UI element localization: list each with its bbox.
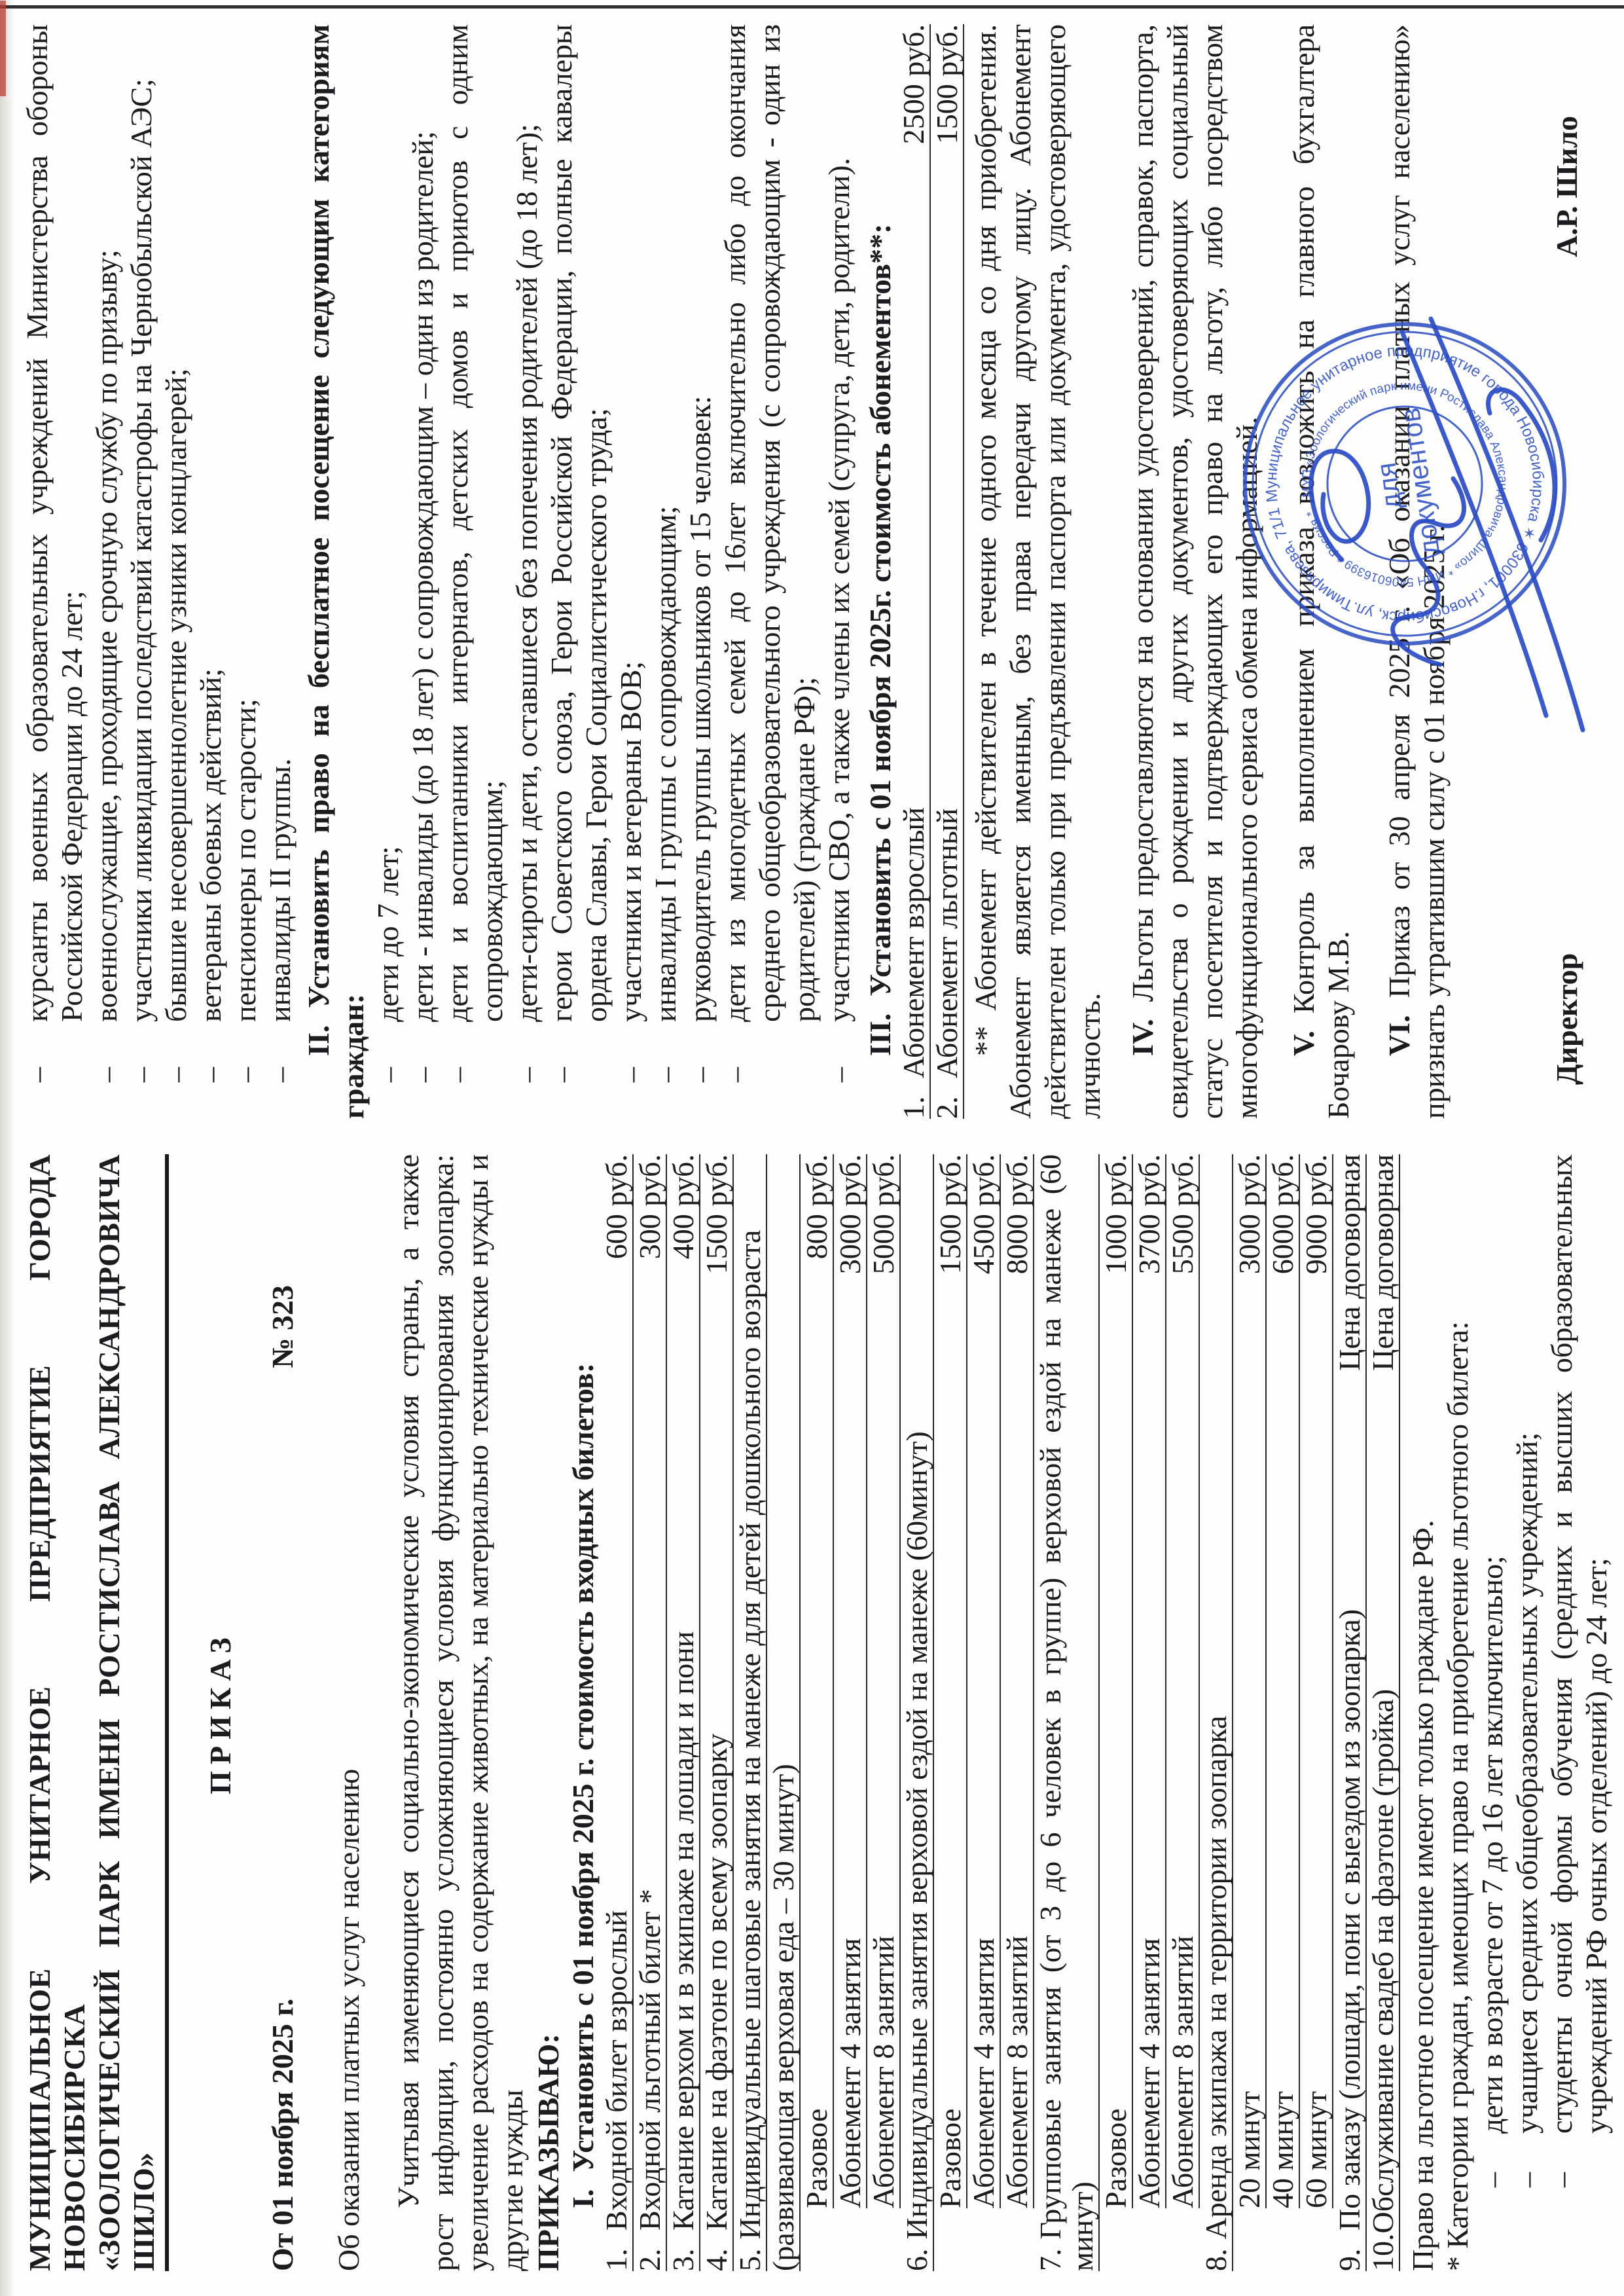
price-row: Абонемент 8 занятий5500 руб. [1166, 1154, 1200, 2208]
price-item-number: 2. [634, 2231, 666, 2271]
signature-loops-mid [1393, 479, 1464, 665]
benefit-item-text: пенсионеры по старости; [228, 699, 262, 1022]
benefit-item-text: участники и ветераны ВОВ; [614, 661, 647, 1022]
price-row: 3.Катание верхом и в экипаже на лошади и… [667, 1154, 700, 2271]
director-label: Директор [1549, 953, 1584, 1085]
bullet-dash: – [20, 1067, 54, 1082]
section-number: VI. [1382, 1015, 1416, 1056]
price-item-number: 7. [1034, 2240, 1067, 2272]
benefit-item: –герои Советского союза, Герои Российско… [544, 24, 613, 1119]
benefit-item: –дети из многодетных семей до 16лет вклю… [717, 24, 821, 1119]
price-value: 4500 руб. [967, 1154, 1000, 1290]
price-item-heading: 6.Индивидуальные занятия верховой ездой … [901, 1154, 934, 2271]
price-item-label: Разовое [1100, 2109, 1132, 2208]
benefit-item-text: участники ликвидации последствий катастр… [124, 79, 158, 1022]
price-item-label: Индивидуальные шаговые занятия на манеже… [733, 1230, 767, 2240]
bullet-dash: – [717, 1067, 752, 1082]
price-row: 1.Входной билет взрослый600 руб. [600, 1154, 634, 2271]
benefit-item-text: руководитель группы школьников от 15 чел… [683, 395, 717, 1022]
price-item-label: По заказу (лошади, пони с выездом из зоо… [1333, 1609, 1365, 2231]
bullet-dash: – [683, 1067, 717, 1082]
section-2-number: II. [302, 1025, 335, 1056]
price-row: Разовое800 руб. [801, 1154, 834, 2208]
benefit-item: –дети-сироты и дети, оставшиеся без попе… [509, 24, 544, 1119]
signature-tail [1489, 390, 1555, 540]
price-item-heading: (развивающая верховая еда – 30 минут) [767, 1154, 801, 2271]
benefit-item: –дети в возрасте от 7 до 16 лет включите… [1475, 1154, 1509, 2271]
price-row: 9.По заказу (лошади, пони с выездом из з… [1333, 1154, 1367, 2271]
bullet-dash: – [613, 1067, 648, 1082]
document-type: ПРИКАЗ [203, 1154, 238, 2271]
benefit-item: –дети - инвалиды (до 18 лет) с сопровожд… [405, 24, 440, 1119]
benefit-item-text: инвалиды I группы с сопровождающим; [649, 506, 682, 1022]
price-item-label: Абонемент 4 занятия [834, 1938, 866, 2208]
benefit-item: –инвалиды I группы с сопровождающим; [648, 24, 683, 1119]
price-item-label: Индивидуальные занятия верховой ездой на… [900, 1431, 933, 2239]
benefit-item: –студенты очной формы обучения (средних … [1544, 1154, 1614, 2271]
bullet-dash: – [509, 1067, 544, 1082]
benefit-item-text: дети - инвалиды (до 18 лет) с сопровожда… [406, 131, 439, 1022]
benefit-item: –военнослужащие, проходящие срочную служ… [89, 24, 124, 1119]
benefit-item: –бывшие несовершеннолетние узники концла… [158, 24, 193, 1119]
price-value: 600 руб. [600, 1154, 632, 1275]
director-name: А.Р. Шило [1549, 116, 1584, 257]
price-row: Разовое1500 руб. [934, 1154, 967, 2208]
benefit-item-text: герои Советского союза, Герои Российской… [545, 24, 613, 1022]
benefit-item-text: дети до 7 лет; [371, 846, 405, 1022]
price-item-number: 4. [700, 2231, 732, 2271]
price-value: 1000 руб. [1100, 1154, 1132, 1290]
benefit-item-text: курсанты военных образовательных учрежде… [20, 24, 88, 1022]
benefit-item: –ветераны боевых действий; [193, 24, 228, 1119]
price-item-label: Абонемент 8 занятий [867, 1936, 899, 2208]
free-admission-list: –дети до 7 лет;–дети - инвалиды (до 18 л… [370, 24, 856, 1119]
section-number: IV. [1126, 1019, 1159, 1056]
benefit-item: –руководитель группы школьников от 15 че… [683, 24, 717, 1119]
price-item-label: Входной билет взрослый [600, 1910, 632, 2231]
benefit-categories-list-part1: –дети в возрасте от 7 до 16 лет включите… [1475, 1154, 1614, 2271]
benefit-item: –учащиеся средних общеобразовательных уч… [1509, 1154, 1544, 2271]
benefit-item-text: инвалиды II группы. [263, 758, 297, 1022]
benefit-item-text: дети и воспитанники интернатов, детских … [441, 24, 509, 1022]
price-item-number: 2. [931, 1078, 963, 1119]
bullet-dash: – [89, 1067, 124, 1082]
column-page-1: МУНИЦИПАЛЬНОЕ УНИТАРНОЕ ПРЕДПРИЯТИЕ ГОРО… [22, 1154, 1614, 2271]
price-value: 6000 руб. [1267, 1154, 1299, 1290]
ticket-price-list: 1.Входной билет взрослый600 руб.2.Входно… [600, 1154, 1400, 2271]
bullet-dash: – [370, 1067, 405, 1082]
bullet-dash: – [648, 1067, 683, 1082]
price-item-number: 3. [667, 2231, 699, 2271]
bullet-dash: – [821, 1067, 856, 1082]
price-item-label: Катание верхом и в экипаже на лошади и п… [667, 1631, 699, 2231]
price-item-number: 5. [733, 2240, 767, 2272]
benefit-item-text: ветераны боевых действий; [194, 668, 227, 1022]
price-row: 40 минут6000 руб. [1267, 1154, 1300, 2208]
bullet-dash: – [544, 1067, 579, 1082]
benefit-item: –пенсионеры по старости; [228, 24, 262, 1119]
section-number: V. [1287, 1030, 1320, 1056]
price-row: Абонемент 4 занятия3700 руб. [1133, 1154, 1166, 2208]
price-item-label: Абонемент 4 занятия [967, 1938, 1000, 2208]
scan-edge-shadow-top [0, 0, 14, 2296]
price-value: Цена договорная [1367, 1154, 1399, 1387]
price-row: 60 минут9000 руб. [1300, 1154, 1333, 2208]
price-item-number: 1. [600, 2231, 632, 2271]
price-item-label: 40 минут [1267, 2091, 1299, 2208]
price-row: Абонемент 8 занятий5000 руб. [867, 1154, 901, 2208]
benefit-item-text: учащиеся средних общеобразовательных учр… [1510, 1432, 1543, 2134]
price-item-label: 60 минут [1300, 2091, 1332, 2208]
price-item-label: Входной льготный билет * [634, 1889, 666, 2231]
order-subject: Об оказании платных услуг населению [331, 1154, 366, 2271]
price-value: 800 руб. [801, 1154, 833, 1275]
price-item-label: Абонемент 4 занятия [1133, 1938, 1165, 2208]
price-value: 1500 руб. [700, 1154, 732, 1290]
price-value: 9000 руб. [1300, 1154, 1332, 1290]
price-row: 2.Абонемент льготный1500 руб. [931, 24, 964, 1119]
bullet-dash: – [124, 1067, 158, 1082]
preamble-paragraph: Учитывая изменяющиеся социально-экономич… [391, 1154, 530, 2271]
price-row: Абонемент 4 занятия4500 руб. [967, 1154, 1001, 2208]
scan-artifact-red-streak [0, 1, 6, 96]
price-value: 5500 руб. [1166, 1154, 1199, 1290]
price-item-label: Катание на фаэтоне по всему зоопарку [700, 1734, 732, 2231]
bullet-dash: – [1544, 2172, 1579, 2187]
price-value: 400 руб. [667, 1154, 699, 1275]
price-item-label: Аренда экипажа на территории зоопарка [1199, 1716, 1233, 2240]
section-1-heading: I.Установить с 01 ноября 2025 г. стоимос… [566, 1154, 600, 2271]
price-value: 1500 руб. [934, 1154, 966, 1290]
price-value: 1500 руб. [931, 24, 963, 160]
section-3-heading: III.Установить с 01 ноября 2025г. стоимо… [863, 24, 897, 1119]
bullet-dash: – [262, 1067, 297, 1082]
bullet-dash: – [405, 1067, 440, 1082]
benefit-item-text: военнослужащие, проходящие срочную служб… [90, 249, 123, 1022]
price-item-number: 8. [1199, 2240, 1233, 2272]
benefit-item: –участники ликвидации последствий катаст… [124, 24, 158, 1119]
note-citizens-rf: Право на льготное посещение имеют только… [1405, 1154, 1440, 2271]
price-row: 2.Входной льготный билет *300 руб. [634, 1154, 667, 2271]
price-item-heading: 5.Индивидуальные шаговые занятия на мане… [734, 1154, 767, 2271]
signature-loop-top [1311, 451, 1369, 560]
price-value: 5000 руб. [867, 1154, 899, 1290]
price-row: 4.Катание на фаэтоне по всему зоопарку15… [700, 1154, 734, 2271]
benefit-item-text: дети-сироты и дети, оставшиеся без попеч… [510, 124, 543, 1022]
bullet-dash: – [158, 1067, 193, 1082]
price-item-heading: 8.Аренда экипажа на территории зоопарка [1200, 1154, 1233, 2271]
abonement-note: ** Абонемент действителен в течение одно… [968, 24, 1107, 1119]
benefit-item: –дети до 7 лет; [370, 24, 405, 1119]
benefit-item: –дети и воспитанники интернатов, детских… [440, 24, 509, 1119]
section-1-number: I. [566, 2189, 600, 2208]
date-number-row: От 01 ноября 2025 г. № 323 [265, 1154, 300, 2271]
order-date: От 01 ноября 2025 г. [265, 1998, 300, 2271]
price-item-heading: 7.Групповые занятия (от 3 до 6 человек в… [1034, 1154, 1100, 2271]
bullet-dash: – [1475, 2172, 1509, 2187]
price-value: 300 руб. [634, 1154, 666, 1275]
note-benefit-categories: * Категории граждан, имеющих право на пр… [1440, 1154, 1475, 2271]
bullet-dash: – [440, 1067, 475, 1082]
resolve-word: ПРИКАЗЫВАЮ: [531, 1154, 566, 2271]
price-value: 3000 руб. [1233, 1154, 1265, 1290]
section-2-heading: II.Установить право на бесплатное посеще… [301, 24, 370, 1119]
benefit-categories-list-part2: –курсанты военных образовательных учрежд… [20, 24, 297, 1119]
section-3-number: III. [863, 1013, 897, 1056]
order-page: МУНИЦИПАЛЬНОЕ УНИТАРНОЕ ПРЕДПРИЯТИЕ ГОРО… [0, 0, 1624, 2296]
benefit-item: –участники и ветераны ВОВ; [613, 24, 648, 1119]
org-name-line2: «ЗООЛОГИЧЕСКИЙ ПАРК ИМЕНИ РОСТИСЛАВА АЛЕ… [92, 1154, 161, 2271]
price-item-label: (развивающая верховая еда – 30 минут) [767, 1764, 800, 2271]
price-item-label: Групповые занятия (от 3 до 6 человек в г… [1034, 1154, 1099, 2271]
price-value: Цена договорная [1333, 1154, 1365, 1387]
benefit-item-text: бывшие несовершеннолетние узники концлаг… [159, 368, 192, 1022]
price-row: Абонемент 8 занятий8000 руб. [1001, 1154, 1034, 2208]
price-value: 2500 руб. [897, 24, 929, 160]
benefit-item-text: дети в возрасте от 7 до 16 лет включител… [1475, 1556, 1509, 2134]
order-number: № 323 [265, 1285, 300, 1368]
title-rule [165, 1154, 169, 2271]
price-value: 3700 руб. [1133, 1154, 1165, 1290]
benefit-item-text: участники СВО, а также члены их семей (с… [822, 158, 856, 1022]
order-section: IV.Льготы предоставляются на основании у… [1125, 24, 1264, 1119]
price-item-label: Абонемент льготный [931, 809, 963, 1078]
price-row: 20 минут3000 руб. [1233, 1154, 1267, 2208]
price-row: Абонемент 4 занятия3000 руб. [834, 1154, 867, 2208]
price-item-label: Разовое [934, 2109, 966, 2208]
price-item-number: 1. [897, 1078, 929, 1119]
benefit-item: –курсанты военных образовательных учрежд… [20, 24, 89, 1119]
section-2-text: Установить право на бесплатное посещение… [302, 24, 370, 1119]
benefit-item-text: дети из многодетных семей до 16лет включ… [718, 24, 821, 1022]
bullet-dash: – [193, 1067, 228, 1082]
benefit-item: –участники СВО, а также члены их семей (… [821, 24, 856, 1119]
price-item-label: Разовое [801, 2109, 833, 2208]
section-1-text: Установить с 01 ноября 2025 г. стоимость… [566, 1363, 600, 2172]
price-value: 8000 руб. [1001, 1154, 1033, 1290]
org-name-line1: МУНИЦИПАЛЬНОЕ УНИТАРНОЕ ПРЕДПРИЯТИЕ ГОРО… [22, 1154, 92, 2271]
price-value: 3000 руб. [834, 1154, 866, 1290]
price-item-number: 10. [1367, 2234, 1399, 2272]
benefit-item-text: студенты очной формы обучения (средних и… [1545, 1154, 1613, 2134]
benefit-item: –инвалиды II группы. [262, 24, 297, 1119]
price-row: 10.Обслуживание свадеб на фаэтоне (тройк… [1367, 1154, 1400, 2271]
price-row: Разовое1000 руб. [1100, 1154, 1133, 2208]
price-item-number: 6. [900, 2240, 933, 2272]
price-item-label: 20 минут [1233, 2091, 1265, 2208]
director-signature-ink [1263, 272, 1624, 756]
season-pass-price-list: 1.Абонемент взрослый2500 руб.2.Абонемент… [897, 24, 964, 1119]
bullet-dash: – [1509, 2172, 1544, 2187]
price-item-number: 9. [1333, 2231, 1365, 2271]
scan-edge-line-right [0, 5, 1624, 9]
scanned-document: МУНИЦИПАЛЬНОЕ УНИТАРНОЕ ПРЕДПРИЯТИЕ ГОРО… [0, 0, 1624, 2296]
price-item-label: Абонемент 8 занятий [1001, 1936, 1033, 2208]
section-3-text: Установить с 01 ноября 2025г. стоимость … [863, 224, 897, 996]
price-item-label: Абонемент 8 занятий [1166, 1936, 1199, 2208]
price-item-label: Абонемент взрослый [897, 807, 929, 1078]
price-item-label: Обслуживание свадеб на фаэтоне (тройка) [1367, 1689, 1399, 2234]
bullet-dash: – [228, 1067, 262, 1082]
price-row: 1.Абонемент взрослый2500 руб. [897, 24, 931, 1119]
